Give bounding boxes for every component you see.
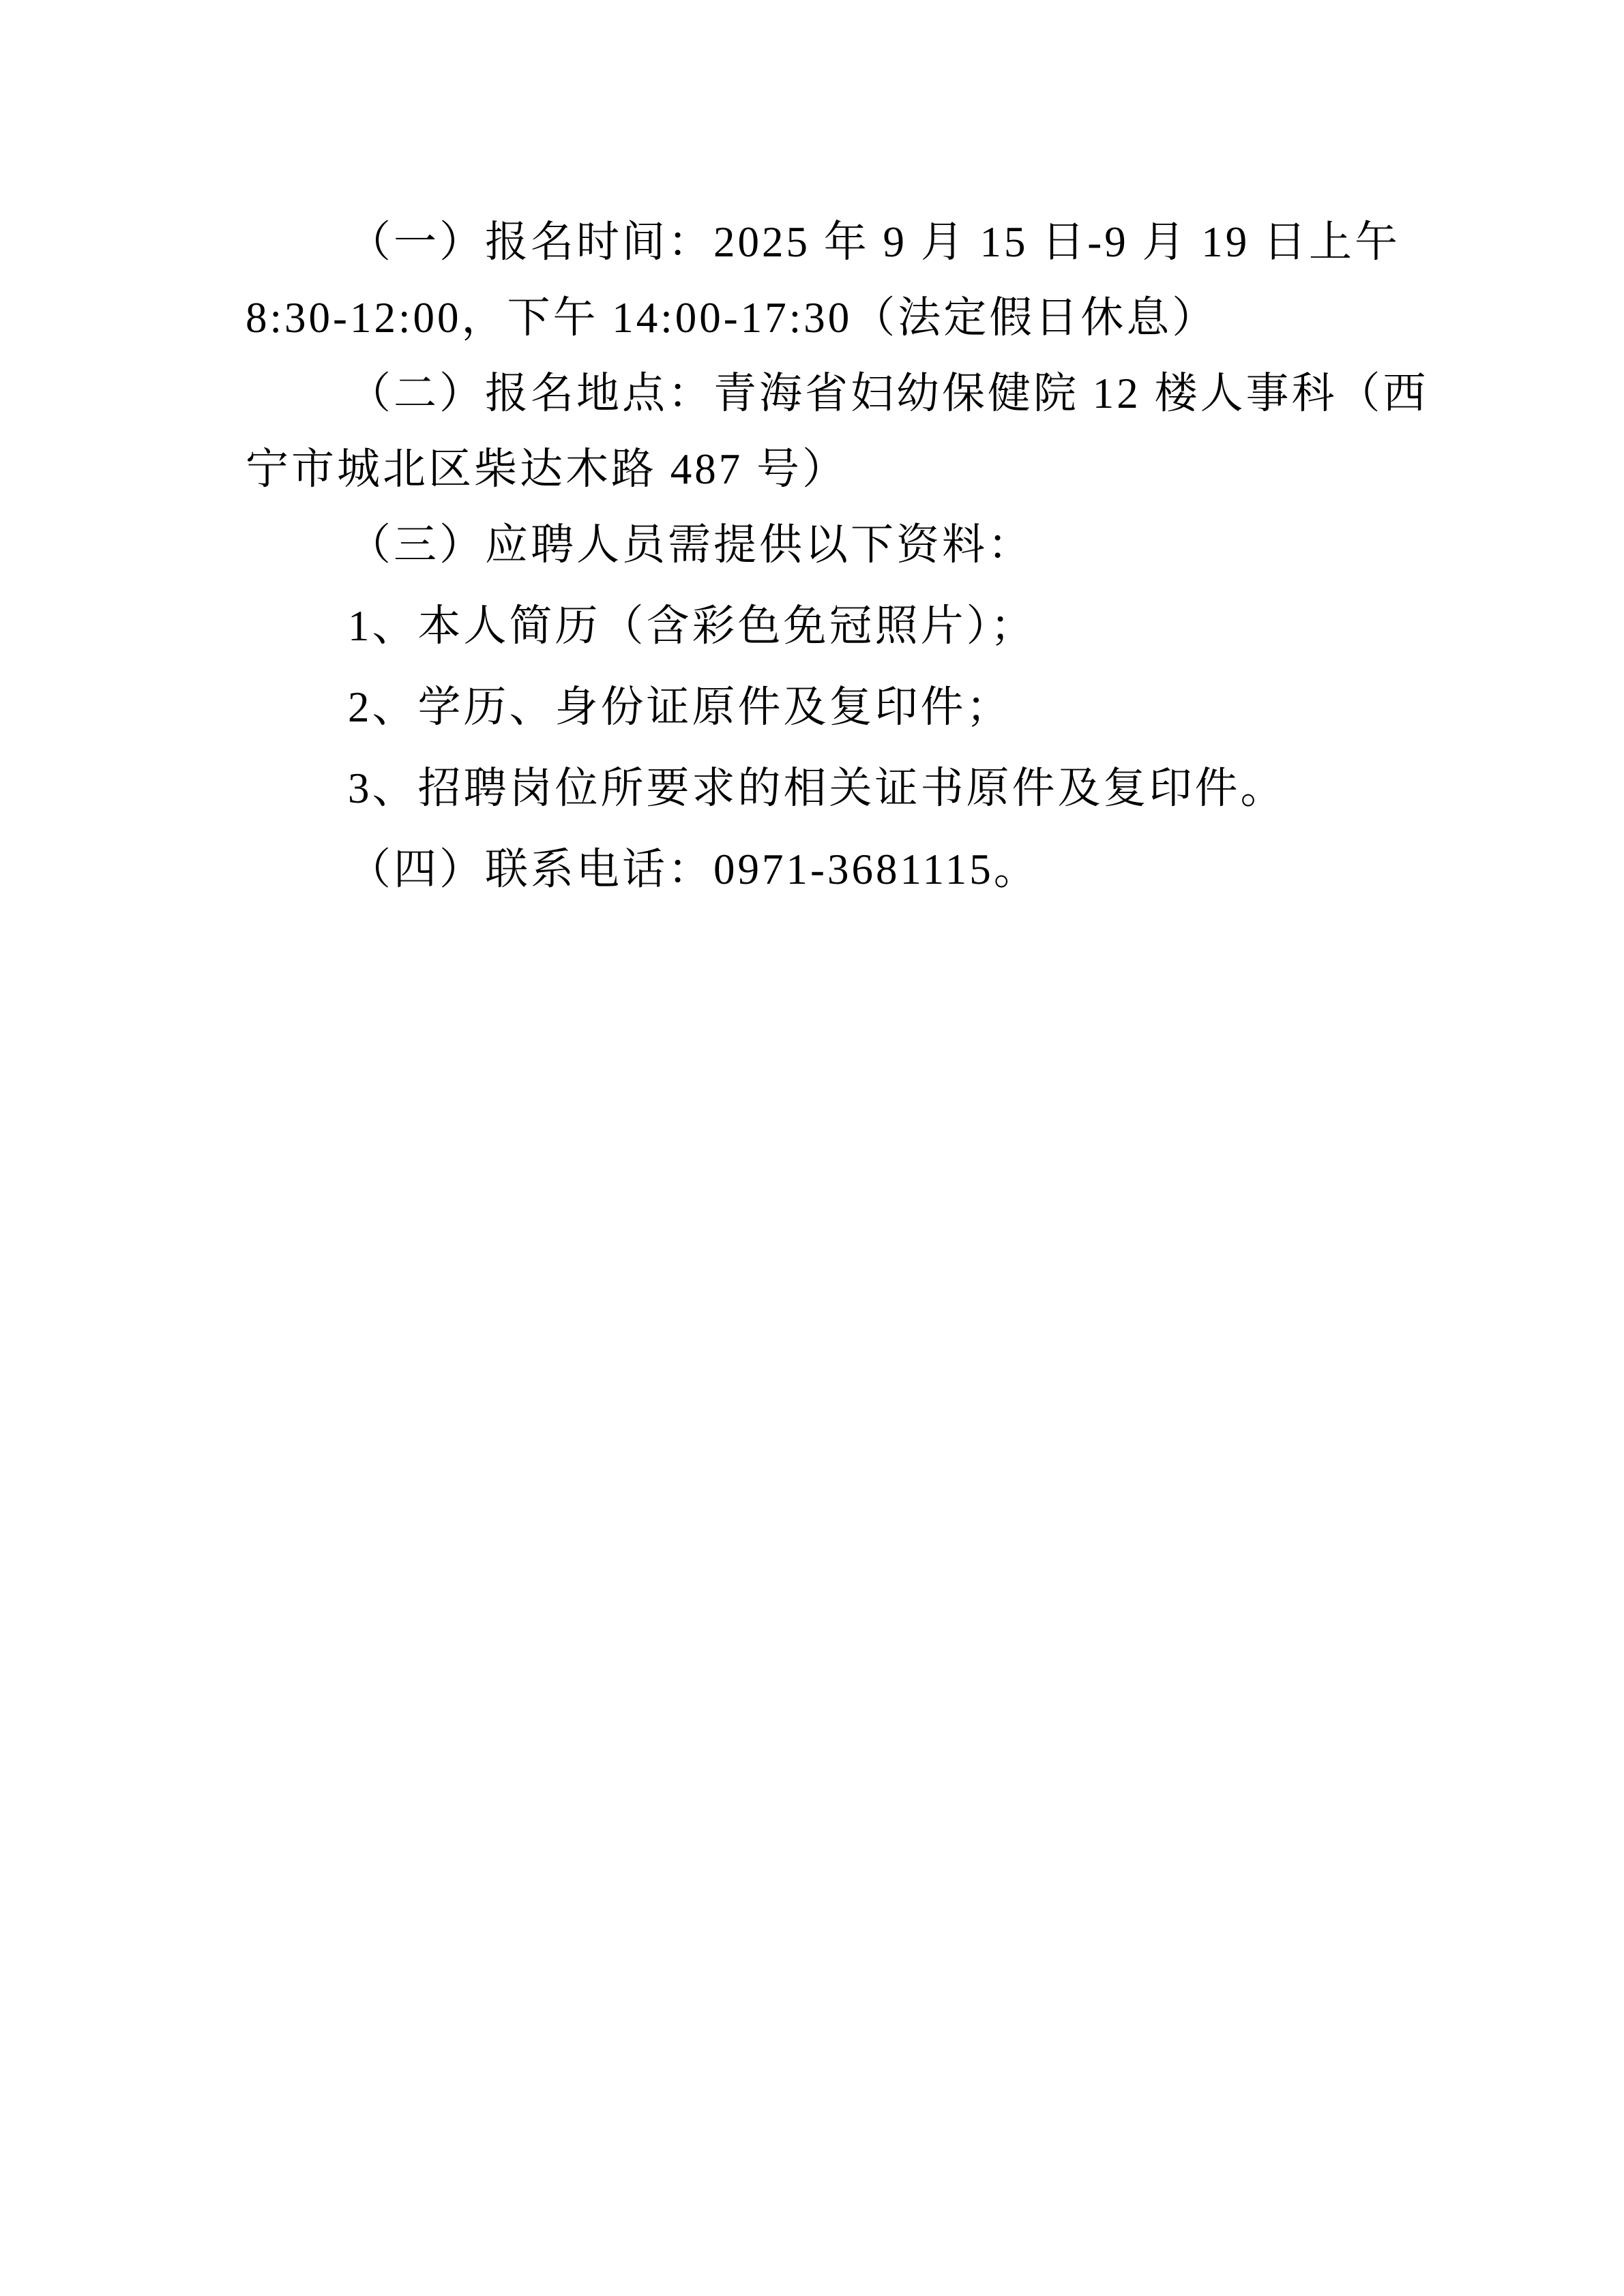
- document-body: （一）报名时间：2025 年 9 月 15 日-9 月 19 日上午 8:30-…: [246, 205, 1381, 908]
- paragraph-signup-time-line2: 8:30-12:00，下午 14:00-17:30（法定假日休息）: [246, 280, 1381, 356]
- paragraph-signup-location-line2: 宁市城北区柴达木路 487 号）: [246, 432, 1381, 507]
- list-item-certificates: 3、招聘岗位所要求的相关证书原件及复印件。: [246, 751, 1381, 826]
- paragraph-required-materials-heading: （三）应聘人员需提供以下资料：: [246, 507, 1381, 583]
- document-page: （一）报名时间：2025 年 9 月 15 日-9 月 19 日上午 8:30-…: [0, 0, 1624, 2296]
- list-item-credentials: 2、学历、身份证原件及复印件；: [246, 670, 1381, 745]
- paragraph-contact-phone: （四）联系电话：0971-3681115。: [246, 832, 1381, 908]
- paragraph-signup-time-line1: （一）报名时间：2025 年 9 月 15 日-9 月 19 日上午: [246, 205, 1381, 280]
- list-item-resume: 1、本人简历（含彩色免冠照片）；: [246, 588, 1381, 664]
- paragraph-signup-location-line1: （二）报名地点：青海省妇幼保健院 12 楼人事科（西: [246, 356, 1381, 432]
